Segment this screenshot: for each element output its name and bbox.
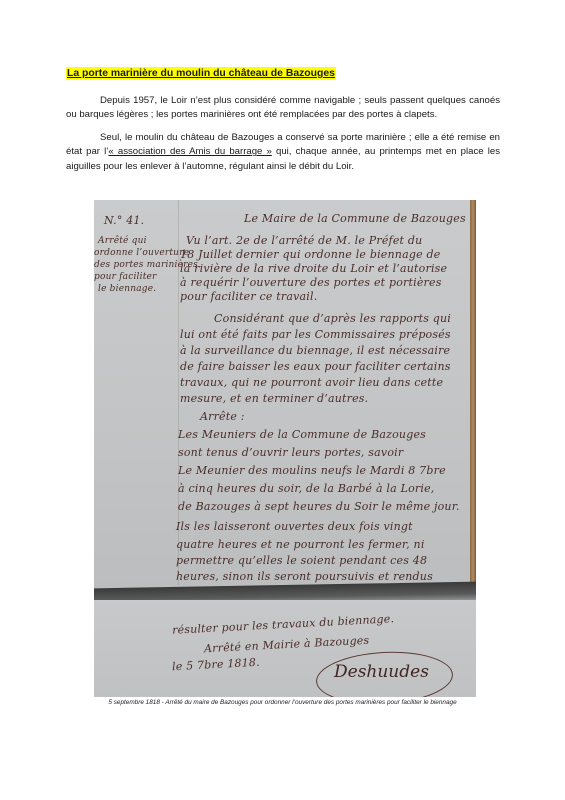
manuscript-line: à cinq heures du soir, de la Barbé à la … [178, 482, 435, 495]
manuscript-line: 18 Juillet dernier qui ordonne le bienna… [180, 248, 440, 261]
manuscript-line: Les Meuniers de la Commune de Bazouges [178, 428, 426, 441]
manuscript-line: quatre heures et ne pourront les fermer,… [176, 538, 425, 551]
manuscript-line: lui ont été faits par les Commissaires p… [180, 328, 451, 341]
paragraph-navigation: Depuis 1957, le Loir n’est plus considér… [66, 94, 500, 123]
manuscript-line: Vu l’art. 2e de l’arrêté de M. le Préfet… [186, 234, 422, 247]
page-title: La porte marinière du moulin du château … [66, 67, 336, 80]
signature: Deshuudes [334, 662, 429, 682]
manuscript-line: Le Meunier des moulins neufs le Mardi 8 … [178, 464, 446, 477]
manuscript-line: à la surveillance du biennage, il est né… [180, 344, 450, 357]
manuscript-line: travaux, qui ne pourront avoir lieu dans… [180, 376, 443, 389]
figure-caption: 5 septembre 1818 - Arrêté du maire de Ba… [0, 699, 565, 706]
manuscript-line: Le Maire de la Commune de Bazouges [244, 212, 466, 225]
manuscript-line: Arrête : [200, 410, 245, 423]
manuscript-line: de faire baisser les eaux pour faciliter… [180, 360, 451, 373]
manuscript-line: à requérir l’ouverture des portes et por… [180, 276, 442, 289]
wood-edge [470, 200, 476, 585]
manuscript-line: de Bazouges à sept heures du Soir le mêm… [178, 500, 460, 513]
margin-note: Arrêté qui [98, 236, 147, 246]
manuscript-line: Considérant que d’après les rapports qui [214, 312, 451, 325]
manuscript-line: pour faciliter ce travail. [180, 290, 317, 303]
margin-note: pour faciliter [94, 272, 157, 282]
manuscript-line: sont tenus d’ouvrir leurs portes, savoir [178, 446, 403, 459]
paragraph-text: Depuis 1957, le Loir n’est plus considér… [66, 95, 500, 120]
margin-number: N.° 41. [104, 214, 144, 227]
manuscript-line: permettre qu’elles le soient pendant ces… [176, 554, 427, 567]
manuscript-line: mesure, et en terminer d’autres. [180, 392, 368, 405]
paragraph-mill: Seul, le moulin du château de Bazouges a… [66, 131, 500, 174]
margin-note: ordonne l’ouverture [94, 248, 189, 258]
margin-note: le biennage. [98, 284, 156, 294]
document-page: La porte marinière du moulin du château … [0, 0, 565, 800]
manuscript-line: Ils les laisseront ouvertes deux fois vi… [176, 520, 413, 533]
association-link[interactable]: « association des Amis du barrage » [108, 146, 271, 157]
manuscript-line: heures, sinon ils seront poursuivis et r… [176, 570, 433, 583]
manuscript-line: la rivière de la rive droite du Loir et … [180, 262, 447, 275]
manuscript-photo: N.° 41. Arrêté qui ordonne l’ouverture d… [94, 200, 476, 697]
